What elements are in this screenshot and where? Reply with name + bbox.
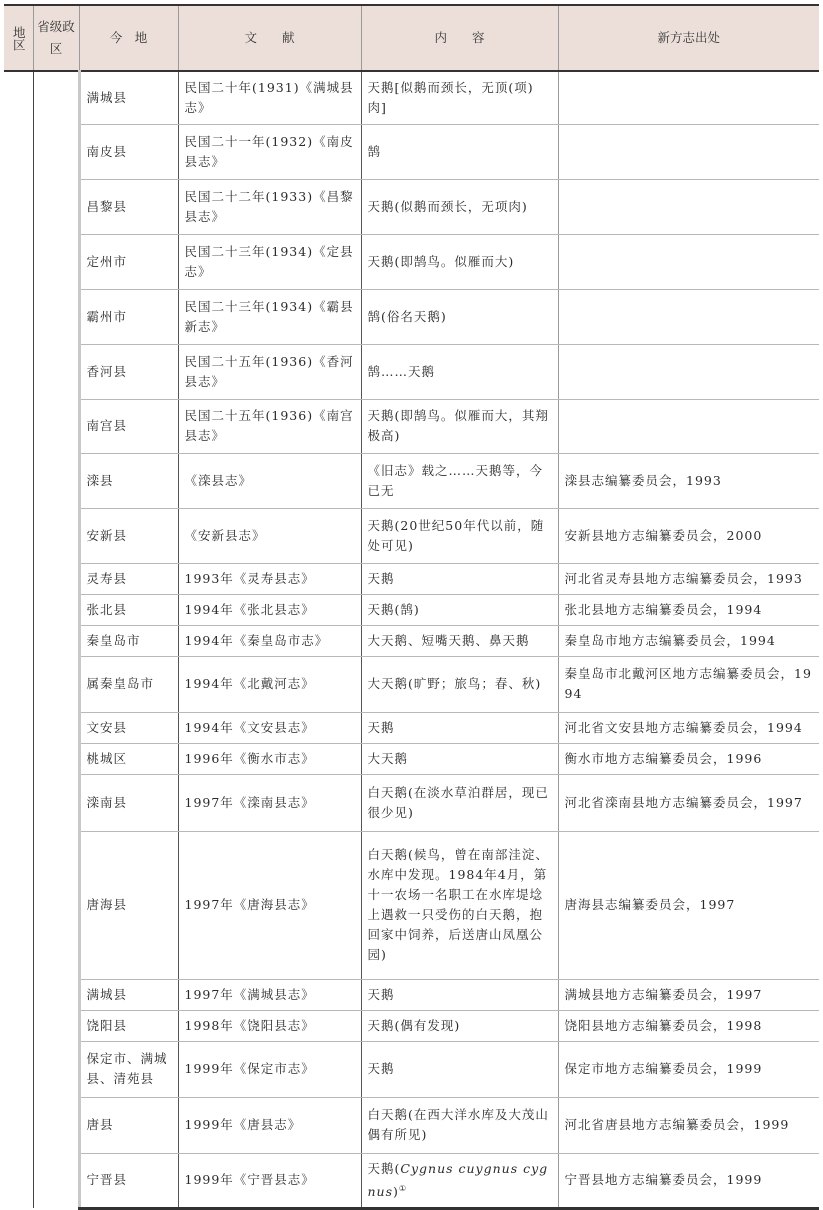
place-cell: 属秦皇岛市 (79, 656, 178, 712)
content-cell: 大天鹅(旷野；旅鸟；春、秋) (361, 656, 558, 712)
table-row: 南宫县民国二十五年(1936)《南宫县志》天鹅(即鹄鸟。似雁而大，其翔极高) (4, 399, 819, 453)
content-cell: 鹄 (361, 124, 558, 179)
literature-cell: 1997年《满城县志》 (178, 979, 361, 1010)
literature-cell: 民国二十三年(1934)《霸县新志》 (178, 289, 361, 344)
content-cell: 天鹅(偶有发现) (361, 1010, 558, 1041)
source-cell (558, 344, 819, 399)
table-row: 桃城区1996年《衡水市志》大天鹅衡水市地方志编纂委员会，1996 (4, 743, 819, 774)
content-cell: 大天鹅、短嘴天鹅、鼻天鹅 (361, 625, 558, 656)
content-cell: 天鹅(似鹅而颈长，无项肉) (361, 179, 558, 234)
source-cell: 满城县地方志编纂委员会，1997 (558, 979, 819, 1010)
header-literature: 文 献 (178, 5, 361, 71)
content-cell: 天鹅(20世纪50年代以前，随处可见) (361, 508, 558, 563)
literature-cell: 《滦县志》 (178, 453, 361, 508)
source-cell (558, 399, 819, 453)
place-cell: 定州市 (79, 234, 178, 289)
content-cell: 大天鹅 (361, 743, 558, 774)
place-cell: 桃城区 (79, 743, 178, 774)
table-row: 滦县《滦县志》《旧志》载之……天鹅等，今已无滦县志编纂委员会，1993 (4, 453, 819, 508)
content-cell: 天鹅[似鹅而颈长，无顶(项)肉] (361, 71, 558, 124)
table-row: 南皮县民国二十一年(1932)《南皮县志》鹄 (4, 124, 819, 179)
literature-cell: 1994年《文安县志》 (178, 712, 361, 743)
place-cell: 唐海县 (79, 831, 178, 979)
content-cell: 天鹅(Cygnus cuygnus cygnus)① (361, 1153, 558, 1162)
source-cell: 保定市地方志编纂委员会，1999 (558, 1041, 819, 1097)
source-cell: 饶阳县地方志编纂委员会，1998 (558, 1010, 819, 1041)
literature-cell: 1998年《饶阳县志》 (178, 1010, 361, 1041)
content-cell: 天鹅 (361, 1041, 558, 1097)
source-cell: 张北县地方志编纂委员会，1994 (558, 594, 819, 625)
literature-cell: 1997年《滦南县志》 (178, 774, 361, 831)
literature-cell: 民国二十五年(1936)《香河县志》 (178, 344, 361, 399)
place-cell: 滦县 (79, 453, 178, 508)
source-cell (558, 124, 819, 179)
region-cell (4, 71, 33, 1162)
source-cell: 秦皇岛市地方志编纂委员会，1994 (558, 625, 819, 656)
source-cell: 河北省滦南县地方志编纂委员会，1997 (558, 774, 819, 831)
source-cell: 唐海县志编纂委员会，1997 (558, 831, 819, 979)
place-cell: 宁晋县 (79, 1153, 178, 1162)
place-cell: 保定市、满城县、清苑县 (79, 1041, 178, 1097)
place-cell: 南皮县 (79, 124, 178, 179)
table-row: 唐海县1997年《唐海县志》白天鹅(候鸟，曾在南部洼淀、水库中发现。1984年4… (4, 831, 819, 979)
content-cell: 白天鹅(在西大洋水库及大茂山偶有所见) (361, 1097, 558, 1153)
table-row: 定州市民国二十三年(1934)《定县志》天鹅(即鹄鸟。似雁而大) (4, 234, 819, 289)
literature-cell: 1999年《保定市志》 (178, 1041, 361, 1097)
province-cell (33, 71, 79, 1162)
table-row: 饶阳县1998年《饶阳县志》天鹅(偶有发现)饶阳县地方志编纂委员会，1998 (4, 1010, 819, 1041)
content-cell: 天鹅 (361, 979, 558, 1010)
place-cell: 灵寿县 (79, 563, 178, 594)
content-cell: 天鹅 (361, 712, 558, 743)
content-cell: 天鹅(即鹄鸟。似雁而大) (361, 234, 558, 289)
literature-cell: 民国二十五年(1936)《南宫县志》 (178, 399, 361, 453)
place-cell: 昌黎县 (79, 179, 178, 234)
table-row: 宁晋县1999年《宁晋县志》天鹅(Cygnus cuygnus cygnus)①… (4, 1153, 819, 1162)
content-cell: 白天鹅(在淡水草泊群居，现已很少见) (361, 774, 558, 831)
place-cell: 满城县 (79, 979, 178, 1010)
header-content: 内 容 (361, 5, 558, 71)
source-cell (558, 289, 819, 344)
table-row: 香河县民国二十五年(1936)《香河县志》鹄……天鹅 (4, 344, 819, 399)
literature-cell: 1999年《宁晋县志》 (178, 1153, 361, 1162)
literature-cell: 1994年《北戴河志》 (178, 656, 361, 712)
table-row: 满城县民国二十年(1931)《满城县志》天鹅[似鹅而颈长，无顶(项)肉] (4, 71, 819, 124)
source-cell (558, 234, 819, 289)
gazetteer-swan-records-table: 地区 省级政区 今 地 文 献 内 容 新方志出处 满城县民国二十年(1931)… (4, 4, 819, 1162)
literature-cell: 民国二十年(1931)《满城县志》 (178, 71, 361, 124)
place-cell: 秦皇岛市 (79, 625, 178, 656)
table-row: 霸州市民国二十三年(1934)《霸县新志》鹄(俗名天鹅) (4, 289, 819, 344)
table-row: 安新县《安新县志》天鹅(20世纪50年代以前，随处可见)安新县地方志编纂委员会，… (4, 508, 819, 563)
content-cell: 鹄……天鹅 (361, 344, 558, 399)
source-cell: 滦县志编纂委员会，1993 (558, 453, 819, 508)
content-cell: 天鹅 (361, 563, 558, 594)
table-row: 灵寿县1993年《灵寿县志》天鹅河北省灵寿县地方志编纂委员会，1993 (4, 563, 819, 594)
literature-cell: 民国二十三年(1934)《定县志》 (178, 234, 361, 289)
place-cell: 滦南县 (79, 774, 178, 831)
literature-cell: 1993年《灵寿县志》 (178, 563, 361, 594)
table-row: 秦皇岛市1994年《秦皇岛市志》大天鹅、短嘴天鹅、鼻天鹅秦皇岛市地方志编纂委员会… (4, 625, 819, 656)
literature-cell: 1996年《衡水市志》 (178, 743, 361, 774)
source-cell (558, 179, 819, 234)
table-body: 满城县民国二十年(1931)《满城县志》天鹅[似鹅而颈长，无顶(项)肉]南皮县民… (4, 71, 819, 1162)
content-cell: 天鹅(即鹄鸟。似雁而大，其翔极高) (361, 399, 558, 453)
source-cell (558, 71, 819, 124)
place-cell: 张北县 (79, 594, 178, 625)
table-row: 唐县1999年《唐县志》白天鹅(在西大洋水库及大茂山偶有所见)河北省唐县地方志编… (4, 1097, 819, 1153)
content-cell: 白天鹅(候鸟，曾在南部洼淀、水库中发现。1984年4月，第十一农场一名职工在水库… (361, 831, 558, 979)
literature-cell: 《安新县志》 (178, 508, 361, 563)
place-cell: 满城县 (79, 71, 178, 124)
literature-cell: 1997年《唐海县志》 (178, 831, 361, 979)
table-row: 滦南县1997年《滦南县志》白天鹅(在淡水草泊群居，现已很少见)河北省滦南县地方… (4, 774, 819, 831)
content-cell: 天鹅(鹄) (361, 594, 558, 625)
place-cell: 香河县 (79, 344, 178, 399)
table-row: 文安县1994年《文安县志》天鹅河北省文安县地方志编纂委员会，1994 (4, 712, 819, 743)
content-cell: 鹄(俗名天鹅) (361, 289, 558, 344)
literature-cell: 民国二十一年(1932)《南皮县志》 (178, 124, 361, 179)
table-row: 张北县1994年《张北县志》天鹅(鹄)张北县地方志编纂委员会，1994 (4, 594, 819, 625)
header-source: 新方志出处 (558, 5, 819, 71)
source-cell: 宁晋县地方志编纂委员会，1999 (558, 1153, 819, 1162)
place-cell: 南宫县 (79, 399, 178, 453)
table-header-row: 地区 省级政区 今 地 文 献 内 容 新方志出处 (4, 5, 819, 71)
source-cell: 河北省唐县地方志编纂委员会，1999 (558, 1097, 819, 1153)
table-row: 满城县1997年《满城县志》天鹅满城县地方志编纂委员会，1997 (4, 979, 819, 1010)
place-cell: 唐县 (79, 1097, 178, 1153)
table-row: 昌黎县民国二十二年(1933)《昌黎县志》天鹅(似鹅而颈长，无项肉) (4, 179, 819, 234)
literature-cell: 1999年《唐县志》 (178, 1097, 361, 1153)
place-cell: 饶阳县 (79, 1010, 178, 1041)
literature-cell: 民国二十二年(1933)《昌黎县志》 (178, 179, 361, 234)
table-row: 属秦皇岛市1994年《北戴河志》大天鹅(旷野；旅鸟；春、秋)秦皇岛市北戴河区地方… (4, 656, 819, 712)
place-cell: 文安县 (79, 712, 178, 743)
table-row: 保定市、满城县、清苑县1999年《保定市志》天鹅保定市地方志编纂委员会，1999 (4, 1041, 819, 1097)
place-cell: 霸州市 (79, 289, 178, 344)
source-cell: 河北省灵寿县地方志编纂委员会，1993 (558, 563, 819, 594)
source-cell: 安新县地方志编纂委员会，2000 (558, 508, 819, 563)
source-cell: 河北省文安县地方志编纂委员会，1994 (558, 712, 819, 743)
source-cell: 秦皇岛市北戴河区地方志编纂委员会，1994 (558, 656, 819, 712)
place-cell: 安新县 (79, 508, 178, 563)
header-region: 地区 (4, 5, 33, 71)
header-place: 今 地 (79, 5, 178, 71)
source-cell: 衡水市地方志编纂委员会，1996 (558, 743, 819, 774)
header-province: 省级政区 (33, 5, 79, 71)
literature-cell: 1994年《秦皇岛市志》 (178, 625, 361, 656)
content-cell: 《旧志》载之……天鹅等，今已无 (361, 453, 558, 508)
literature-cell: 1994年《张北县志》 (178, 594, 361, 625)
